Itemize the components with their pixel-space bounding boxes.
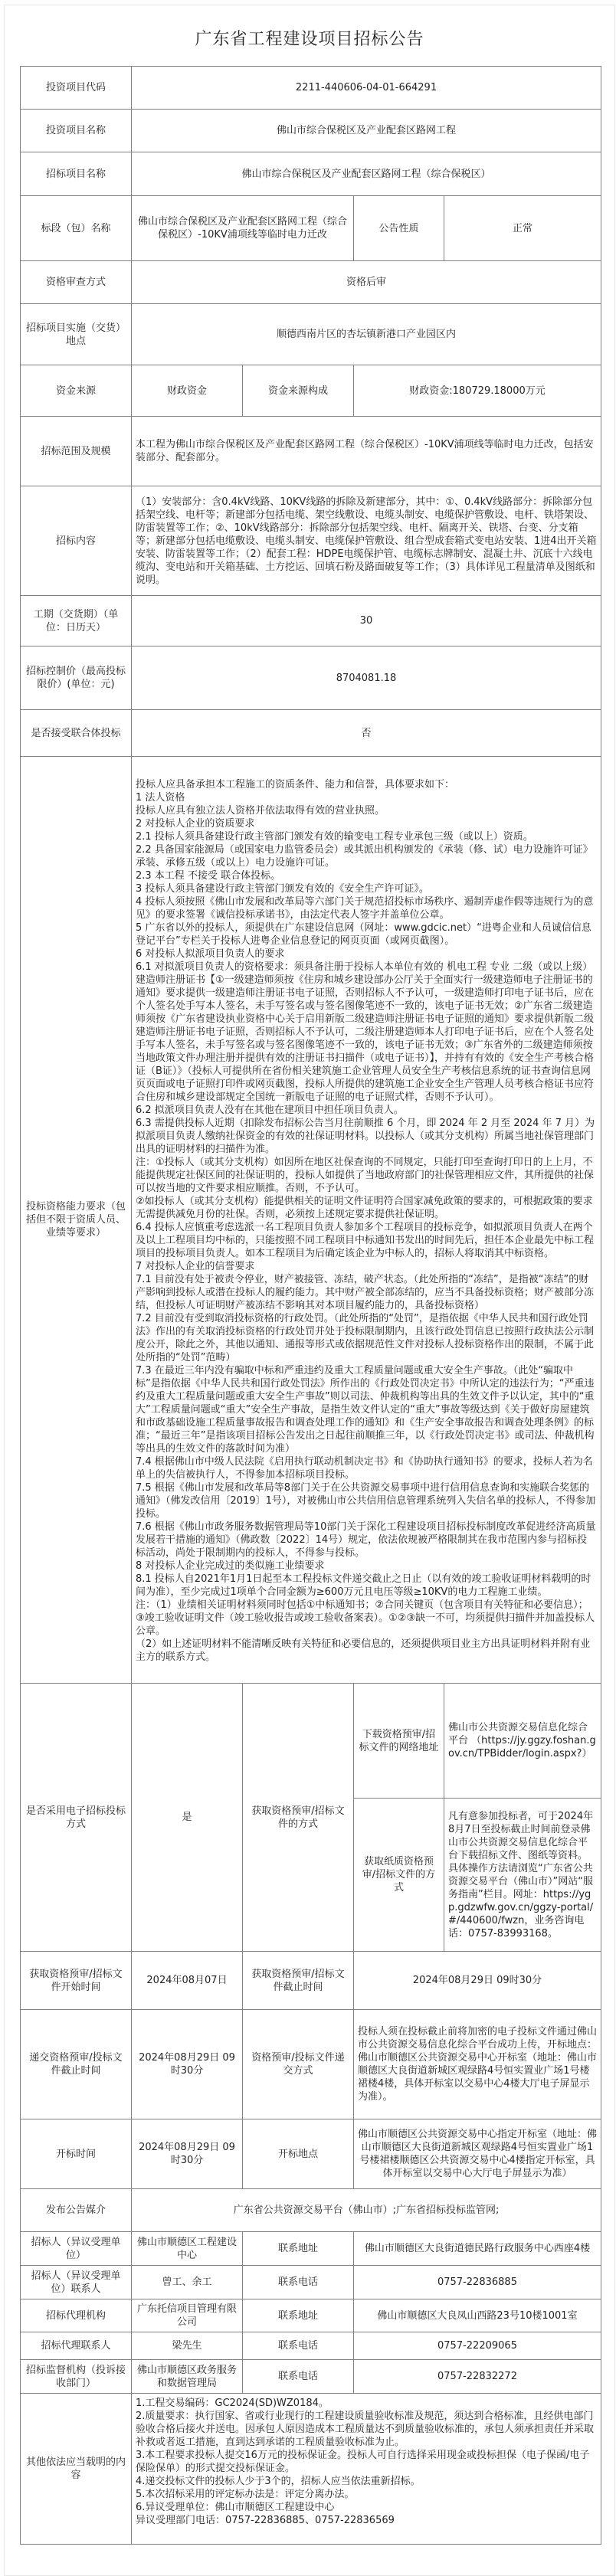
qual-para: 7.5 根据《佛山市发展和改革局等8部门关于在公共资源交易事项中进行信用信息查询… — [136, 1481, 597, 1520]
value-tenderer-contact: 曾工、余工 — [132, 2266, 243, 2299]
other-para: 5.本次招标采用的评定标办法是：评定分离办法。 — [136, 2488, 597, 2501]
value-doc-start: 2024年08月07日 — [132, 1952, 243, 2010]
qual-para: 注：①投标人（或其分支机构）如因所在地区社保查询的不同规定，只能打印至查询打印日… — [136, 1156, 597, 1195]
qual-para: 7.1 目前没有处于被责令停业，财产被接管、冻结，破产状态。（此处所指的“冻结”… — [136, 1273, 597, 1312]
value-media: 广东省公共资源交易平台（佛山市）;广东省招标投标监管网; — [132, 2189, 601, 2232]
label-tender-name: 招标项目名称 — [21, 152, 132, 196]
label-content: 招标内容 — [21, 486, 132, 596]
other-para: 3.本工程要求投标人提交16万元的投标保证金。投标人可自行选择采用现金或投标担保… — [136, 2449, 597, 2475]
label-doc-start: 获取资格预审/招标文件开始时间 — [21, 1952, 132, 2010]
label-supervisor-phone: 联系电话 — [243, 2360, 354, 2394]
label-duration: 工期（交货期）（单位：日历天） — [21, 596, 132, 646]
qual-para: 7.3 在最近三年内没有骗取中标和严重违约及重大工程质量问题或重大安全生产事故。… — [136, 1364, 597, 1455]
value-opening-place: 佛山市顺德区公共资源交易中心指定开标室（地址：佛山市顺德区大良街道新城区观绿路4… — [354, 2119, 601, 2189]
value-tenderer-phone: 0757-22836885 — [354, 2266, 601, 2299]
qual-para: 6.2 拟派项目负责人没有在其他在建项目中担任项目负责人。 — [136, 1104, 597, 1117]
value-duration: 30 — [132, 596, 601, 646]
other-para: 2.质量要求：执行国家、省或行业现行的工程建设质量验收标准及规范，须达到合格标准… — [136, 2410, 597, 2449]
qual-para: 8 对投标人企业完成过的类似施工业绩要求 — [136, 1560, 597, 1573]
value-agency: 广东托信项目管理有限公司 — [132, 2299, 243, 2332]
label-opening-place: 开标地点 — [243, 2119, 354, 2189]
value-opening-time: 2024年08月29日 09时30分 — [132, 2119, 243, 2189]
other-para: 异议受理部门电话：0757-22836885、0757-22836569 — [136, 2514, 597, 2527]
qual-para: 6.1 对拟派项目负责人的资格要求：须具备注册于投标人本单位有效的 机电工程 专… — [136, 961, 597, 1104]
row-tender-name: 招标项目名称 佛山市综合保税区及产业配套区路网工程（综合保税区） — [21, 152, 601, 196]
qual-para: ②如投标人（或其分支机构）能提供相关的证明文件证明符合国家减免政策的要求的，可根… — [136, 1195, 597, 1221]
label-tenderer-phone: 联系电话 — [243, 2266, 354, 2299]
page-title: 广东省工程建设项目招标公告 — [5, 28, 614, 51]
qual-para: 投标人应具有独立法人资格并依法取得有效的营业执照。 — [136, 804, 597, 817]
qual-para: 2.1 投标人须具备建设行政主管部门颁发有效的输变电工程专业承包三级（或以上）资… — [136, 830, 597, 843]
value-consortium: 否 — [132, 710, 601, 757]
label-invest-code: 投资项目代码 — [21, 67, 132, 110]
qual-para: 7.4 根据佛山市中级人民法院《启用执行联动机制决定书》和《协助执行通知书》的要… — [136, 1455, 597, 1481]
qual-para: （2）如上述证明材料不能清晰反映有关特征和必要信息的，还须提供项目业主方出具证明… — [136, 1638, 597, 1664]
value-tender-name: 佛山市综合保税区及产业配套区路网工程（综合保税区） — [132, 152, 601, 196]
label-supervisor: 招标监督机构（投诉接收部门） — [21, 2360, 132, 2394]
qual-para: 投标人应具备承担本工程施工的资质条件、能力和信誉，具体要求如下： — [136, 778, 597, 791]
qual-para: 1 法人资格 — [136, 791, 597, 804]
value-supervisor-phone: 0757-22832272 — [354, 2360, 601, 2394]
qual-para: 3 投标人须具备建设行政主管部门颁发有效的《安全生产许可证》。 — [136, 882, 597, 895]
row-section-name: 标段（包）名称 佛山市综合保税区及产业配套区路网工程（综合保税区）-10KV浦项… — [21, 196, 601, 261]
value-funding-source: 财政资金 — [132, 365, 243, 417]
row-qualification-review: 资格审查方式 资格后审 — [21, 261, 601, 304]
qual-para: 4 投标人须按照《佛山市发展和改革局等六部门关于规范招投标市场秩序、遏制弄虚作假… — [136, 895, 597, 921]
label-agency-phone: 联系电话 — [243, 2332, 354, 2360]
row-other: 其他依法应当载明的内容 1.工程交易编码：GC2024(SD)WZ0184。 2… — [21, 2394, 601, 2545]
row-opening: 开标时间 2024年08月29日 09时30分 开标地点 佛山市顺德区公共资源交… — [21, 2119, 601, 2189]
value-tenderer-address: 佛山市顺德区大良街道德民路行政服务中心西座4楼 — [354, 2232, 601, 2266]
qual-para: 6.3 需提供投标人近期（扣除发布招标公告当月往前顺推 6 个月，即 2024 … — [136, 1117, 597, 1156]
other-para: 6.异议受理单位：佛山市顺德区工程建设中心 — [136, 2501, 597, 2514]
label-scope: 招标范围及规模 — [21, 417, 132, 486]
label-invest-name: 投资项目名称 — [21, 110, 132, 152]
row-tenderer: 招标人（异议受理单位） 佛山市顺德区工程建设中心 联系地址 佛山市顺德区大良街道… — [21, 2232, 601, 2266]
qual-para: 5 广东省以外的投标人，须提供在广东建设信息网（网址：www.gdcic.net… — [136, 921, 597, 948]
qual-para: 2.3 本工程 不接受 联合体投标。 — [136, 869, 597, 882]
row-consortium: 是否接受联合体投标 否 — [21, 710, 601, 757]
value-funding-composition: 财政资金:180729.18000万元 — [354, 365, 601, 417]
qual-para: 2.2 具备国家能源局（或国家电力监管委员会）或其派出机构颁发的《承装（修、试）… — [136, 843, 597, 869]
qual-para: 7.2 目前没有受到取消投标资格的行政处罚。（此处所指的“处罚”，是指依据《中华… — [136, 1312, 597, 1364]
label-tenderer: 招标人（异议受理单位） — [21, 2232, 132, 2266]
label-funding-source: 资金来源 — [21, 365, 132, 417]
row-agency-contact: 招标代理联系人 梁先生 联系电话 0757-22209065 — [21, 2332, 601, 2360]
value-download-address[interactable]: 佛山市公共资源交易信息化综合平台 （https://jy.ggzy.foshan… — [444, 1684, 601, 1799]
value-supervisor: 佛山市顺德区政务服务和数据管理局 — [132, 2360, 243, 2394]
value-qualification-review: 资格后审 — [132, 261, 601, 304]
label-submit-method: 资格预审/投标文件递交方式 — [243, 2010, 354, 2119]
value-agency-address: 佛山市顺德区大良凤山西路23号10楼1001室 — [354, 2299, 601, 2332]
label-submit-deadline: 递交资格预审/投标文件截止时间 — [21, 2010, 132, 2119]
row-control-price: 招标控制价（最高投标限价）(单位：元) 8704081.18 — [21, 646, 601, 710]
label-tenderer-address: 联系地址 — [243, 2232, 354, 2266]
label-qualification: 投标资格能力要求（包括但不限于资质人员、业绩等要求） — [21, 757, 132, 1684]
label-consortium: 是否接受联合体投标 — [21, 710, 132, 757]
row-funding: 资金来源 财政资金 资金来源构成 财政资金:180729.18000万元 — [21, 365, 601, 417]
row-location: 招标项目实施（交货）地点 顺德西南片区的杏坛镇新港口产业园区内 — [21, 304, 601, 365]
announcement-page: 广东省工程建设项目招标公告 投资项目代码 2211-440606-04-01-6… — [4, 5, 615, 2576]
value-location: 顺德西南片区的杏坛镇新港口产业园区内 — [132, 304, 601, 365]
other-para: 4.递交投标文件的投标人少于3个的，招标人应当依法重新招标。 — [136, 2475, 597, 2488]
row-qualification: 投标资格能力要求（包括但不限于资质人员、业绩等要求） 投标人应具备承担本工程施工… — [21, 757, 601, 1684]
qual-para: 8.1 投标人自2021年1月1日起至本工程投标文件递交截止之日止（以有效的竣工… — [136, 1573, 597, 1599]
row-supervisor: 招标监督机构（投诉接收部门） 佛山市顺德区政务服务和数据管理局 联系电话 075… — [21, 2360, 601, 2394]
qual-para: 注：（1）业绩相关证明材料须同时包括①中标通知书；②合同关键页（包含项目有关特征… — [136, 1599, 597, 1638]
row-doc-time: 获取资格预审/招标文件开始时间 2024年08月07日 获取资格预审/招标文件截… — [21, 1952, 601, 2010]
label-media: 发布公告媒介 — [21, 2189, 132, 2232]
label-paper-method: 获取纸质资格预审/招标文件的方式 — [354, 1799, 444, 1952]
qual-para: 2 对投标人企业的资质要求 — [136, 817, 597, 830]
value-tenderer: 佛山市顺德区工程建设中心 — [132, 2232, 243, 2266]
label-obtain-method: 获取资格预审/招标文件的方式 — [243, 1684, 354, 1952]
label-location: 招标项目实施（交货）地点 — [21, 304, 132, 365]
label-other: 其他依法应当载明的内容 — [21, 2394, 132, 2545]
row-invest-name: 投资项目名称 佛山市综合保税区及产业配套区路网工程 — [21, 110, 601, 152]
qual-para: 6 对投标人拟派项目负责人的要求 — [136, 948, 597, 961]
qual-para: 7.6 根据《佛山市政务服务数据管理局等10部门关于深化工程建设项目招标投标制度… — [136, 1520, 597, 1560]
value-agency-contact: 梁先生 — [132, 2332, 243, 2360]
value-qualification: 投标人应具备承担本工程施工的资质条件、能力和信誉，具体要求如下： 1 法人资格 … — [132, 757, 601, 1684]
value-scope: 本工程为佛山市综合保税区及产业配套区路网工程（综合保税区）-10KV浦项线等临时… — [132, 417, 601, 486]
row-download-address: 是否采用电子招标投标方式 是 获取资格预审/招标文件的方式 下载资格预审/招标文… — [21, 1684, 601, 1799]
qual-para: 6.4 投标人应慎重考虑选派一名工程项目负责人参加多个工程项目的投标竞争，如拟派… — [136, 1221, 597, 1260]
row-submit: 递交资格预审/投标文件截止时间 2024年08月29日 09时30分 资格预审/… — [21, 2010, 601, 2119]
label-qualification-review: 资格审查方式 — [21, 261, 132, 304]
value-invest-code: 2211-440606-04-01-664291 — [132, 67, 601, 110]
label-control-price: 招标控制价（最高投标限价）(单位：元) — [21, 646, 132, 710]
label-agency-contact: 招标代理联系人 — [21, 2332, 132, 2360]
label-doc-end: 获取资格预审/招标文件截止时间 — [243, 1952, 354, 2010]
row-scope: 招标范围及规模 本工程为佛山市综合保税区及产业配套区路网工程（综合保税区）-10… — [21, 417, 601, 486]
label-electronic-bidding: 是否采用电子招标投标方式 — [21, 1684, 132, 1952]
value-submit-deadline: 2024年08月29日 09时30分 — [132, 2010, 243, 2119]
row-agency: 招标代理机构 广东托信项目管理有限公司 联系地址 佛山市顺德区大良凤山西路23号… — [21, 2299, 601, 2332]
other-para: 1.工程交易编码：GC2024(SD)WZ0184。 — [136, 2397, 597, 2410]
row-duration: 工期（交货期）（单位：日历天） 30 — [21, 596, 601, 646]
label-agency-address: 联系地址 — [243, 2299, 354, 2332]
label-download-address: 下载资格预审/招标文件的网络地址 — [354, 1684, 444, 1799]
label-opening-time: 开标时间 — [21, 2119, 132, 2189]
row-media: 发布公告媒介 广东省公共资源交易平台（佛山市）;广东省招标投标监管网; — [21, 2189, 601, 2232]
value-control-price: 8704081.18 — [132, 646, 601, 710]
value-invest-name: 佛山市综合保税区及产业配套区路网工程 — [132, 110, 601, 152]
label-announcement-nature: 公告性质 — [354, 196, 444, 261]
value-doc-end: 2024年08月29日 09时30分 — [354, 1952, 601, 2010]
row-content: 招标内容 （1）安装部分：含0.4kV线路、10KV线路的拆除及新建部分，其中：… — [21, 486, 601, 596]
value-submit-method: 投标人须在投标截止前将加密的电子投标文件通过佛山市公共资源交易信息化综合平台成功… — [354, 2010, 601, 2119]
value-paper-method[interactable]: 凡有意参加投标者，可于2024年8月7日至投标截止时间前登录佛山市公共资源交易信… — [444, 1799, 601, 1952]
row-tenderer-contact: 招标人（异议受理单位）联系人 曾工、余工 联系电话 0757-22836885 — [21, 2266, 601, 2299]
announcement-table: 投资项目代码 2211-440606-04-01-664291 投资项目名称 佛… — [20, 66, 601, 2545]
value-electronic-bidding: 是 — [132, 1684, 243, 1952]
qual-para: 7 对投标人企业的信誉要求 — [136, 1260, 597, 1273]
label-agency: 招标代理机构 — [21, 2299, 132, 2332]
row-invest-code: 投资项目代码 2211-440606-04-01-664291 — [21, 67, 601, 110]
value-agency-phone: 0757-22209065 — [354, 2332, 601, 2360]
value-content: （1）安装部分：含0.4kV线路、10KV线路的拆除及新建部分，其中：①、0.4… — [132, 486, 601, 596]
value-section-name: 佛山市综合保税区及产业配套区路网工程（综合保税区）-10KV浦项线等临时电力迁改 — [132, 196, 354, 261]
value-other: 1.工程交易编码：GC2024(SD)WZ0184。 2.质量要求：执行国家、省… — [132, 2394, 601, 2545]
label-section-name: 标段（包）名称 — [21, 196, 132, 261]
label-funding-composition: 资金来源构成 — [243, 365, 354, 417]
label-tenderer-contact: 招标人（异议受理单位）联系人 — [21, 2266, 132, 2299]
value-announcement-nature: 正常 — [444, 196, 601, 261]
